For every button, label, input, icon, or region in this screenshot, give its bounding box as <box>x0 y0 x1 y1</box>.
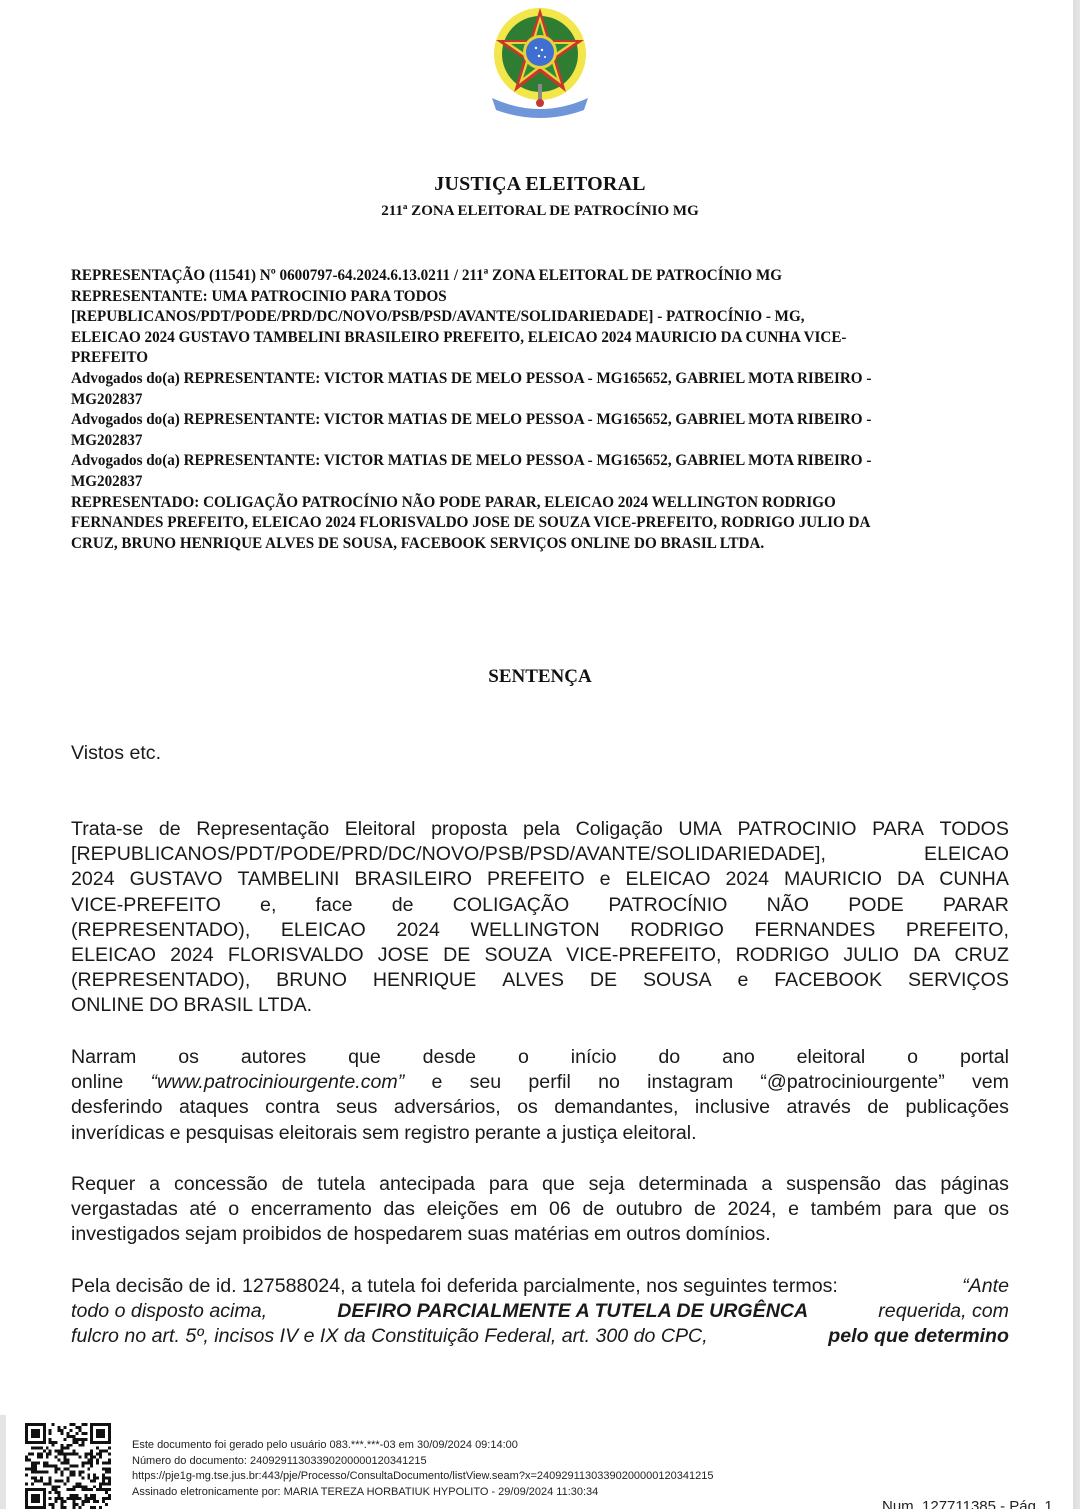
quote-start: “Ante <box>962 1274 1009 1299</box>
paragraph-line: investigadossejamproibidosdehospedaremsu… <box>71 1222 1009 1247</box>
court-title: JUSTIÇA ELEITORAL <box>0 173 1080 196</box>
caption-line: REPRESENTAÇÃO (11541) Nº 0600797-64.2024… <box>71 266 983 287</box>
paragraph-line: inverídicasepesquisaseleitoraissemregist… <box>71 1121 1009 1146</box>
paragraph-line: ONLINEDOBRASILLTDA. <box>71 993 1009 1018</box>
caption-line: MG202837 <box>71 431 983 452</box>
caption-line: Advogados do(a) REPRESENTANTE: VICTOR MA… <box>71 451 983 472</box>
paragraph-request: Requeraconcessãodetutelaantecipadaparaqu… <box>71 1172 1009 1248</box>
caption-line: Advogados do(a) REPRESENTANTE: VICTOR MA… <box>71 410 983 431</box>
caption-line: CRUZ, BRUNO HENRIQUE ALVES DE SOUSA, FAC… <box>71 534 983 555</box>
decision-line-1: Pela decisão de id. 127588024, a tutela … <box>71 1274 1009 1299</box>
caption-line: MG202837 <box>71 472 983 493</box>
verification-link[interactable]: https://pje1g-mg.tse.jus.br:443/pje/Proc… <box>132 1469 713 1485</box>
viewer-scroll-edge <box>1073 0 1080 1509</box>
paragraph-line: VICE-PREFEITOe,facedeCOLIGAÇÃOPATROCÍNIO… <box>71 893 1009 918</box>
paragraph-line: [REPUBLICANOS/PDT/PODE/PRD/DC/NOVO/PSB/P… <box>71 842 1009 867</box>
signature-footer: Este documento foi gerado pelo usuário 0… <box>132 1438 713 1500</box>
quote-emphasis: DEFIRO PARCIALMENTE A TUTELA DE URGÊNCA <box>337 1299 808 1324</box>
caption-line: FERNANDES PREFEITO, ELEICAO 2024 FLORISV… <box>71 513 983 534</box>
caption-line: Advogados do(a) REPRESENTANTE: VICTOR MA… <box>71 369 983 390</box>
quote-text: requerida, com <box>878 1299 1009 1324</box>
paragraph-summary: Trata-sedeRepresentaçãoEleitoralproposta… <box>71 817 1009 1019</box>
paragraph-line: desferindoataquescontraseusadversários,o… <box>71 1095 1009 1120</box>
signed-by-text: Assinado eletronicamente por: MARIA TERE… <box>132 1485 713 1501</box>
paragraph-line: (REPRESENTADO),ELEICAO2024WELLINGTONRODR… <box>71 918 1009 943</box>
page-number: Num. 127711385 - Pág. 1 <box>882 1498 1053 1509</box>
case-caption: REPRESENTAÇÃO (11541) Nº 0600797-64.2024… <box>71 266 983 554</box>
decision-line-2: todo o disposto acima, DEFIRO PARCIALMEN… <box>71 1299 1009 1324</box>
decision-line-1-text: Pela decisão de id. 127588024, a tutela … <box>71 1274 838 1299</box>
brasao-da-republica-icon <box>484 2 596 120</box>
court-zone-subtitle: 211ª ZONA ELEITORAL DE PATROCÍNIO MG <box>0 203 1080 220</box>
caption-line: [REPUBLICANOS/PDT/PODE/PRD/DC/NOVO/PSB/P… <box>71 307 983 328</box>
paragraph-line: online“www.patrociniourgente.com”eseuper… <box>71 1070 1009 1095</box>
paragraph-line: vergastadasatéoencerramentodaseleiçõesem… <box>71 1197 1009 1222</box>
document-number-text: Número do documento: 2409291130339020000… <box>132 1454 713 1470</box>
paragraph-line: (REPRESENTADO),BRUNOHENRIQUEALVESDESOUSA… <box>71 968 1009 993</box>
caption-line: REPRESENTANTE: UMA PATROCINIO PARA TODOS <box>71 287 983 308</box>
caption-line: REPRESENTADO: COLIGAÇÃO PATROCÍNIO NÃO P… <box>71 493 983 514</box>
caption-line: MG202837 <box>71 390 983 411</box>
quote-text: fulcro no art. 5º, incisos IV e IX da Co… <box>71 1324 708 1349</box>
viewer-left-edge <box>0 1415 6 1509</box>
caption-line: PREFEITO <box>71 348 983 369</box>
quote-emphasis: pelo que determino <box>828 1324 1009 1349</box>
decision-line-3: fulcro no art. 5º, incisos IV e IX da Co… <box>71 1324 1009 1349</box>
paragraph-line: 2024GUSTAVOTAMBELINIBRASILEIROPREFEITOeE… <box>71 867 1009 892</box>
paragraph-line: Requeraconcessãodetutelaantecipadaparaqu… <box>71 1172 1009 1197</box>
caption-line: ELEICAO 2024 GUSTAVO TAMBELINI BRASILEIR… <box>71 328 983 349</box>
generated-by-text: Este documento foi gerado pelo usuário 0… <box>132 1438 713 1454</box>
section-title: SENTENÇA <box>0 666 1080 688</box>
paragraph-line: ELEICAO2024FLORISVALDOJOSEDESOUZAVICE-PR… <box>71 943 1009 968</box>
paragraph-decision: Pela decisão de id. 127588024, a tutela … <box>71 1274 1009 1350</box>
paragraph-allegations: Narramosautoresquedesdeoiníciodoanoeleit… <box>71 1045 1009 1146</box>
paragraph-line: Narramosautoresquedesdeoiníciodoanoeleit… <box>71 1045 1009 1070</box>
document-page: JUSTIÇA ELEITORAL 211ª ZONA ELEITORAL DE… <box>0 0 1073 1509</box>
paragraph-line: Trata-sedeRepresentaçãoEleitoralproposta… <box>71 817 1009 842</box>
quote-text: todo o disposto acima, <box>71 1299 267 1324</box>
opening-line: Vistos etc. <box>71 741 1009 766</box>
qr-code-icon[interactable] <box>23 1423 113 1509</box>
